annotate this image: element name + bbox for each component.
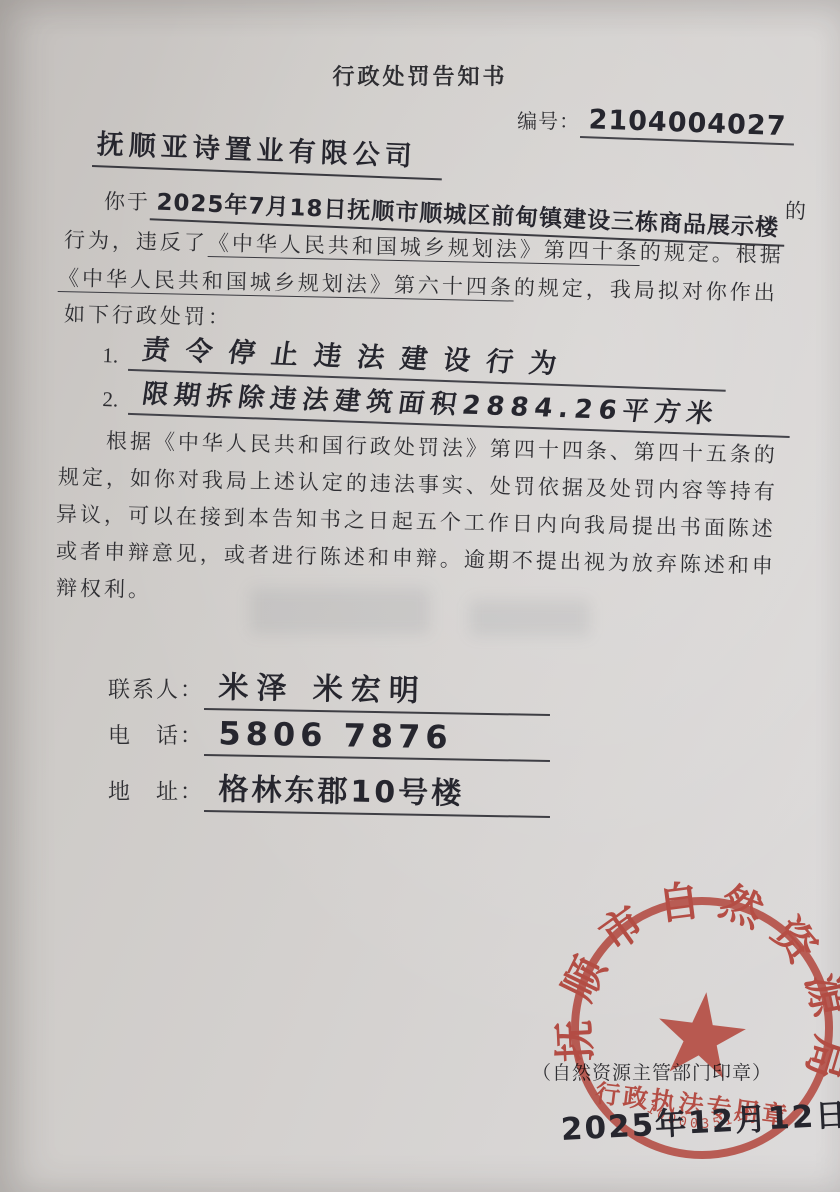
doc-title: 行政处罚告知书 bbox=[0, 60, 840, 91]
bleed-through-smudge bbox=[470, 600, 590, 636]
phone-value: 5806 7876 bbox=[204, 714, 551, 762]
body2-line: 或者申辩意见，或者进行陈述和申辩。逾期不提出视为放弃陈述和申 bbox=[56, 535, 776, 580]
phone-label: 电 话： bbox=[108, 719, 204, 756]
doc-number-value: 2104004027 bbox=[580, 104, 795, 145]
body-line-2-pre: 行为，违反了 bbox=[64, 228, 208, 255]
seal-star-icon bbox=[653, 987, 750, 1080]
body-line-1: 你于 2025年7月18日抚顺市顺城区前甸镇建设三栋商品展示楼 的 bbox=[64, 182, 806, 229]
address-label: 地 址： bbox=[108, 775, 204, 812]
address-value: 格林东郡10号楼 bbox=[204, 764, 551, 818]
svg-text:抚顺市自然资源局: 抚顺市自然资源局 bbox=[542, 861, 840, 1100]
doc-number-label: 编号： bbox=[517, 105, 580, 138]
contact-person-row: 联系人： 米泽 米宏明 bbox=[108, 662, 550, 710]
bleed-through-smudge bbox=[250, 588, 430, 634]
body-line-3-post: 的规定，我局拟对你作出 bbox=[514, 276, 778, 306]
body-line-1-suffix: 的 bbox=[785, 195, 806, 229]
penalty-number: 1. bbox=[102, 343, 129, 371]
contact-person-value: 米泽 米宏明 bbox=[204, 662, 551, 716]
penalty-text: 责令停止违法建设行为 bbox=[140, 327, 575, 381]
cited-law-article-64: 《中华人民共和国城乡规划法》第六十四条 bbox=[58, 266, 514, 302]
contact-label: 联系人： bbox=[108, 673, 204, 710]
body2-line: 辩权利。 bbox=[56, 572, 153, 604]
penalty-number: 2. bbox=[102, 387, 129, 415]
phone-row: 电 话： 5806 7876 bbox=[108, 714, 550, 756]
body-line-4: 如下行政处罚： bbox=[64, 298, 233, 332]
address-row: 地 址： 格林东郡10号楼 bbox=[108, 764, 550, 812]
document-photo: 行政处罚告知书 编号： 2104004027 抚顺亚诗置业有限公司 你于 202… bbox=[0, 0, 840, 1192]
body-line-2-post: 的规定。根据 bbox=[640, 240, 784, 267]
seal-ring-text: 抚顺市自然资源局 bbox=[542, 861, 840, 1100]
cited-law-article-40: 《中华人民共和国城乡规划法》第四十条 bbox=[208, 231, 640, 266]
body-line-1-prefix: 你于 bbox=[104, 186, 150, 221]
doc-number-row: 编号： 2104004027 bbox=[517, 104, 794, 138]
addressee-line: 抚顺亚诗置业有限公司 bbox=[92, 122, 443, 180]
